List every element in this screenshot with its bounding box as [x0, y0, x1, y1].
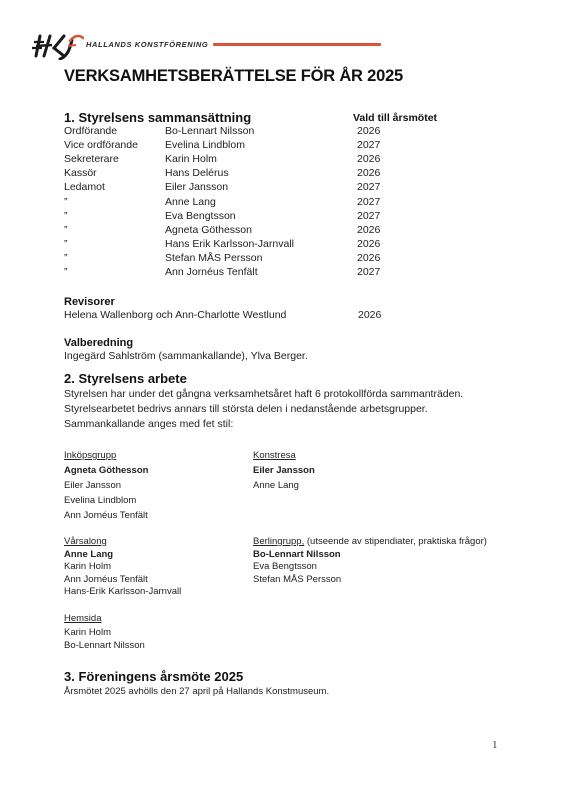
board-member-name: Bo-Lennart Nilsson	[165, 125, 254, 137]
group-member: Eva Bengtsson	[253, 561, 487, 574]
group-member: Eiler Jansson	[64, 478, 148, 493]
board-term-year: 2027	[357, 266, 380, 278]
hkf-logo-icon	[30, 32, 84, 60]
group-member: Ann Jornéus Tenfält	[64, 508, 148, 523]
page-number: 1	[492, 739, 498, 751]
board-term-year: 2027	[357, 139, 380, 151]
section1-heading: 1. Styrelsens sammansättning	[64, 110, 251, 125]
group-member: Stefan MÅS Persson	[253, 574, 487, 587]
board-role: ”	[64, 252, 68, 264]
group-member: Evelina Lindblom	[64, 493, 148, 508]
group-member: Ann Jornéus Tenfält	[64, 574, 181, 587]
board-role: Kassör	[64, 167, 97, 179]
group-lead: Anne Lang	[64, 549, 181, 562]
group-inkopsgrupp: Inköpsgrupp Agneta Göthesson Eiler Janss…	[64, 448, 148, 523]
board-member-name: Agneta Göthesson	[165, 224, 252, 236]
revisorer-year: 2026	[358, 309, 381, 321]
valberedning-names: Ingegärd Sahlström (sammankallande), Ylv…	[64, 350, 308, 362]
group-berlingrupp: Berlingrupp, (utseende av stipendiater, …	[253, 536, 487, 586]
board-member-name: Karin Holm	[165, 153, 217, 165]
board-member-name: Hans Erik Karlsson-Jarnvall	[165, 238, 294, 250]
board-term-year: 2027	[357, 181, 380, 193]
board-term-year: 2026	[357, 167, 380, 179]
group-member: Anne Lang	[253, 478, 315, 493]
board-term-year: 2026	[357, 224, 380, 236]
group-member: Karin Holm	[64, 626, 145, 640]
group-konstresa: Konstresa Eiler Jansson Anne Lang	[253, 448, 315, 493]
board-role: ”	[64, 238, 68, 250]
board-term-year: 2026	[357, 252, 380, 264]
board-role: Sekreterare	[64, 153, 119, 165]
group-member: Bo-Lennart Nilsson	[64, 639, 145, 653]
elected-until-header: Vald till årsmötet	[353, 112, 437, 124]
valberedning-heading: Valberedning	[64, 337, 133, 349]
section2-heading: 2. Styrelsens arbete	[64, 371, 187, 386]
board-role: Vice ordförande	[64, 139, 138, 151]
section3-heading: 3. Föreningens årsmöte 2025	[64, 669, 243, 684]
header-accent-rule	[213, 43, 381, 46]
group-hemsida: Hemsida Karin Holm Bo-Lennart Nilsson	[64, 612, 145, 653]
board-role: Ordförande	[64, 125, 117, 137]
board-member-name: Hans Delérus	[165, 167, 229, 179]
board-role: ”	[64, 196, 68, 208]
group-member: Hans-Erik Karlsson-Jarnvall	[64, 586, 181, 599]
board-role: Ledamot	[64, 181, 105, 193]
board-member-name: Anne Lang	[165, 196, 216, 208]
group-lead: Eiler Jansson	[253, 463, 315, 478]
group-member: Karin Holm	[64, 561, 181, 574]
board-member-name: Eva Bengtsson	[165, 210, 236, 222]
group-title: Konstresa	[253, 448, 315, 463]
board-term-year: 2026	[357, 238, 380, 250]
board-role: ”	[64, 266, 68, 278]
board-term-year: 2026	[357, 125, 380, 137]
board-term-year: 2027	[357, 210, 380, 222]
group-varsalong: Vårsalong Anne Lang Karin Holm Ann Jorné…	[64, 536, 181, 599]
document-title: VERKSAMHETSBERÄTTELSE FÖR ÅR 2025	[64, 67, 403, 86]
organization-name: HALLANDS KONSTFÖRENING	[86, 40, 208, 49]
revisorer-names: Helena Wallenborg och Ann-Charlotte West…	[64, 309, 286, 321]
group-lead: Agneta Göthesson	[64, 463, 148, 478]
board-role: ”	[64, 224, 68, 236]
group-note: (utseende av stipendiater, praktiska frå…	[304, 536, 487, 547]
revisorer-heading: Revisorer	[64, 296, 115, 308]
board-member-name: Evelina Lindblom	[165, 139, 245, 151]
section3-text: Årsmötet 2025 avhölls den 27 april på Ha…	[64, 686, 329, 697]
board-member-name: Eiler Jansson	[165, 181, 228, 193]
group-title: Berlingrupp,	[253, 536, 304, 547]
group-title: Inköpsgrupp	[64, 448, 148, 463]
group-title: Vårsalong	[64, 536, 181, 549]
section2-paragraph: Styrelsen har under det gångna verksamhe…	[64, 387, 504, 432]
board-role: ”	[64, 210, 68, 222]
board-member-name: Ann Jornéus Tenfält	[165, 266, 258, 278]
group-lead: Bo-Lennart Nilsson	[253, 549, 487, 562]
board-term-year: 2027	[357, 196, 380, 208]
board-term-year: 2026	[357, 153, 380, 165]
group-title: Hemsida	[64, 612, 145, 626]
board-member-name: Stefan MÅS Persson	[165, 252, 262, 264]
